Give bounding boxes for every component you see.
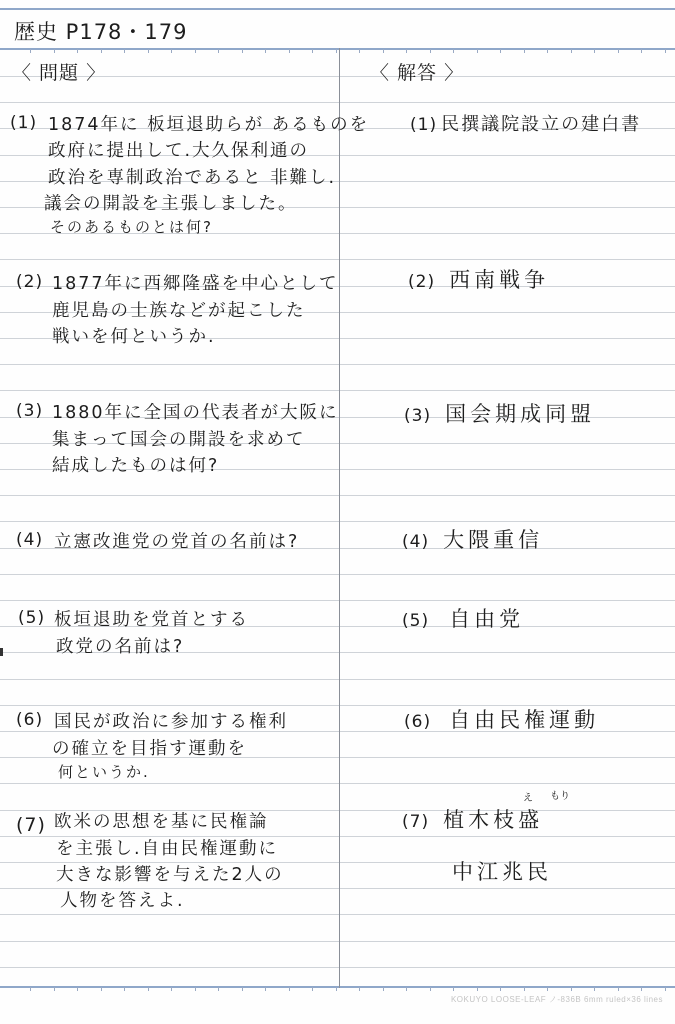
ruler-tick bbox=[101, 49, 102, 53]
answer-5: (5)自由党 bbox=[402, 603, 524, 633]
answer-6: (6)自由民権運動 bbox=[404, 704, 599, 734]
ruler-tick bbox=[430, 49, 431, 53]
ruler-tick bbox=[242, 987, 243, 991]
ruled-line bbox=[0, 679, 675, 680]
answer-1-text: 民撰議院設立の建白書 bbox=[441, 114, 641, 135]
ruler-tick bbox=[77, 49, 78, 53]
answer-3: (3)国会期成同盟 bbox=[404, 398, 595, 428]
question-7-line-1: 欧米の思想を基に民権論 bbox=[54, 808, 269, 833]
answer-5-number: (5) bbox=[402, 611, 429, 631]
ruler-tick bbox=[665, 987, 666, 991]
ruler-tick bbox=[171, 49, 172, 53]
column-divider bbox=[339, 48, 340, 988]
question-3-line-2: 集まって国会の開設を求めて bbox=[52, 426, 306, 451]
ruled-line bbox=[0, 495, 675, 496]
answer-4: (4)大隈重信 bbox=[402, 524, 543, 554]
ruled-line bbox=[0, 521, 675, 522]
answer-7-ruby-e: え bbox=[523, 789, 533, 804]
ruler-tick bbox=[571, 49, 572, 53]
ruler-tick bbox=[524, 987, 525, 991]
question-1-line-3: 政治を専制政治であると 非難し. bbox=[48, 164, 336, 189]
ruler-tick bbox=[618, 49, 619, 53]
ruled-line bbox=[0, 102, 675, 103]
question-7-line-2: を主張し.自由民権運動に bbox=[56, 835, 278, 860]
question-5-line-2: 政党の名前は? bbox=[56, 633, 184, 658]
question-3-number: (3) bbox=[16, 401, 43, 421]
top-edge-line bbox=[0, 8, 675, 10]
ruler-tick bbox=[477, 49, 478, 53]
question-2-line-3: 戦いを何というか. bbox=[52, 323, 216, 348]
question-4-line-1: 立憲改進党の党首の名前は? bbox=[54, 528, 299, 553]
ruler-tick bbox=[594, 49, 595, 53]
ruled-line bbox=[0, 574, 675, 575]
ruler-tick bbox=[359, 49, 360, 53]
ruled-line bbox=[0, 259, 675, 260]
ruler-tick bbox=[148, 987, 149, 991]
ruler-tick bbox=[453, 49, 454, 53]
ruler-tick bbox=[195, 987, 196, 991]
ruled-line bbox=[0, 600, 675, 601]
ruler-tick bbox=[430, 987, 431, 991]
ruled-line bbox=[0, 364, 675, 365]
ruler-tick bbox=[594, 987, 595, 991]
question-1-number: (1) bbox=[10, 113, 37, 133]
ruler-tick bbox=[383, 49, 384, 53]
page-title: 歴史 P178・179 bbox=[14, 16, 188, 46]
ruler-tick bbox=[148, 49, 149, 53]
ruled-line bbox=[0, 967, 675, 968]
ruler-tick bbox=[406, 49, 407, 53]
ruler-tick bbox=[500, 987, 501, 991]
answer-7-text: 植木枝盛 bbox=[443, 808, 543, 832]
answer-4-text: 大隈重信 bbox=[443, 528, 543, 552]
ruler-tick bbox=[171, 987, 172, 991]
ruler-tick bbox=[524, 49, 525, 53]
ruler-tick bbox=[289, 49, 290, 53]
question-5-line-1: 板垣退助を党首とする bbox=[54, 606, 249, 631]
answer-1: (1)民撰議院設立の建白書 bbox=[410, 110, 641, 136]
ruler-tick bbox=[618, 987, 619, 991]
question-1-line-5: そのあるものとは何? bbox=[50, 216, 213, 237]
binding-hole-mark bbox=[0, 648, 3, 656]
question-5-number: (5) bbox=[18, 608, 45, 628]
ruler-tick bbox=[336, 987, 337, 991]
question-6-line-2: の確立を目指す運動を bbox=[52, 735, 247, 760]
question-1-line-1: 1874年に 板垣退助らが あるものを bbox=[48, 111, 369, 136]
ruler-tick bbox=[124, 49, 125, 53]
ruled-line bbox=[0, 941, 675, 942]
question-7-line-3: 大きな影響を与えた2人の bbox=[56, 861, 284, 886]
ruler-tick bbox=[665, 49, 666, 53]
question-2-number: (2) bbox=[16, 272, 43, 292]
answer-5-text: 自由党 bbox=[449, 607, 524, 631]
question-1-line-4: 議会の開設を主張しました。 bbox=[44, 190, 298, 215]
ruler-tick bbox=[195, 49, 196, 53]
ruler-tick bbox=[77, 987, 78, 991]
ruler-tick bbox=[124, 987, 125, 991]
answer-7-ruby-mori: もり bbox=[550, 787, 570, 802]
ruler-tick bbox=[383, 987, 384, 991]
question-2-line-1: 1877年に西郷隆盛を中心として bbox=[52, 270, 339, 295]
question-2-line-2: 鹿児島の士族などが起こした bbox=[52, 297, 306, 322]
question-6-number: (6) bbox=[16, 710, 43, 730]
ruled-line bbox=[0, 914, 675, 915]
answers-heading: 〈 解答 〉 bbox=[370, 58, 464, 85]
ruler-tick bbox=[289, 987, 290, 991]
answer-2-number: (2) bbox=[408, 272, 435, 292]
paper-imprint: KOKUYO LOOSE-LEAF ノ-836B 6mm ruled×36 li… bbox=[451, 994, 663, 1005]
ruler-tick bbox=[101, 987, 102, 991]
question-7-number: (7) bbox=[16, 814, 46, 836]
answer-7: (7)植木枝盛 bbox=[402, 804, 543, 834]
notebook-page: 歴史 P178・179 〈 問題 〉 〈 解答 〉 (1) 1874年に 板垣退… bbox=[0, 0, 675, 1024]
question-7-line-4: 人物を答えよ. bbox=[60, 887, 185, 912]
ruler-tick bbox=[453, 987, 454, 991]
ruler-tick bbox=[500, 49, 501, 53]
answer-6-text: 自由民権運動 bbox=[449, 708, 599, 732]
answer-2-text: 西南戦争 bbox=[449, 268, 549, 292]
answer-6-number: (6) bbox=[404, 712, 431, 732]
ruler-tick bbox=[406, 987, 407, 991]
ruler-tick bbox=[242, 49, 243, 53]
question-1-line-2: 政府に提出して.大久保利通の bbox=[48, 137, 309, 162]
ruler-tick bbox=[54, 49, 55, 53]
ruler-tick bbox=[30, 987, 31, 991]
ruler-tick bbox=[30, 49, 31, 53]
question-4-number: (4) bbox=[16, 530, 43, 550]
answer-3-number: (3) bbox=[404, 406, 431, 426]
ruler-tick bbox=[312, 987, 313, 991]
ruled-line bbox=[0, 783, 675, 784]
answer-7-second-person: 中江兆民 bbox=[452, 856, 552, 886]
question-3-line-1: 1880年に全国の代表者が大阪に bbox=[52, 399, 339, 424]
answer-4-number: (4) bbox=[402, 532, 429, 552]
ruler-tick bbox=[641, 49, 642, 53]
questions-heading: 〈 問題 〉 bbox=[12, 58, 106, 85]
ruler-tick bbox=[312, 49, 313, 53]
question-3-line-3: 結成したものは何? bbox=[52, 452, 219, 477]
ruler-tick bbox=[641, 987, 642, 991]
ruler-tick bbox=[218, 987, 219, 991]
answer-7-number: (7) bbox=[402, 812, 429, 832]
ruler-tick bbox=[547, 987, 548, 991]
answer-3-text: 国会期成同盟 bbox=[445, 402, 595, 426]
ruler-tick bbox=[265, 49, 266, 53]
ruler-tick bbox=[54, 987, 55, 991]
question-6-line-3: 何というか. bbox=[58, 761, 150, 782]
ruler-tick bbox=[336, 49, 337, 53]
ruler-tick bbox=[477, 987, 478, 991]
question-6-line-1: 国民が政治に参加する権利 bbox=[54, 708, 288, 733]
ruler-tick bbox=[265, 987, 266, 991]
ruler-tick bbox=[571, 987, 572, 991]
ruled-line bbox=[0, 390, 675, 391]
ruler-tick bbox=[359, 987, 360, 991]
ruler-tick bbox=[547, 49, 548, 53]
ruler-tick bbox=[218, 49, 219, 53]
answer-1-number: (1) bbox=[410, 115, 437, 135]
answer-2: (2)西南戦争 bbox=[408, 264, 549, 294]
